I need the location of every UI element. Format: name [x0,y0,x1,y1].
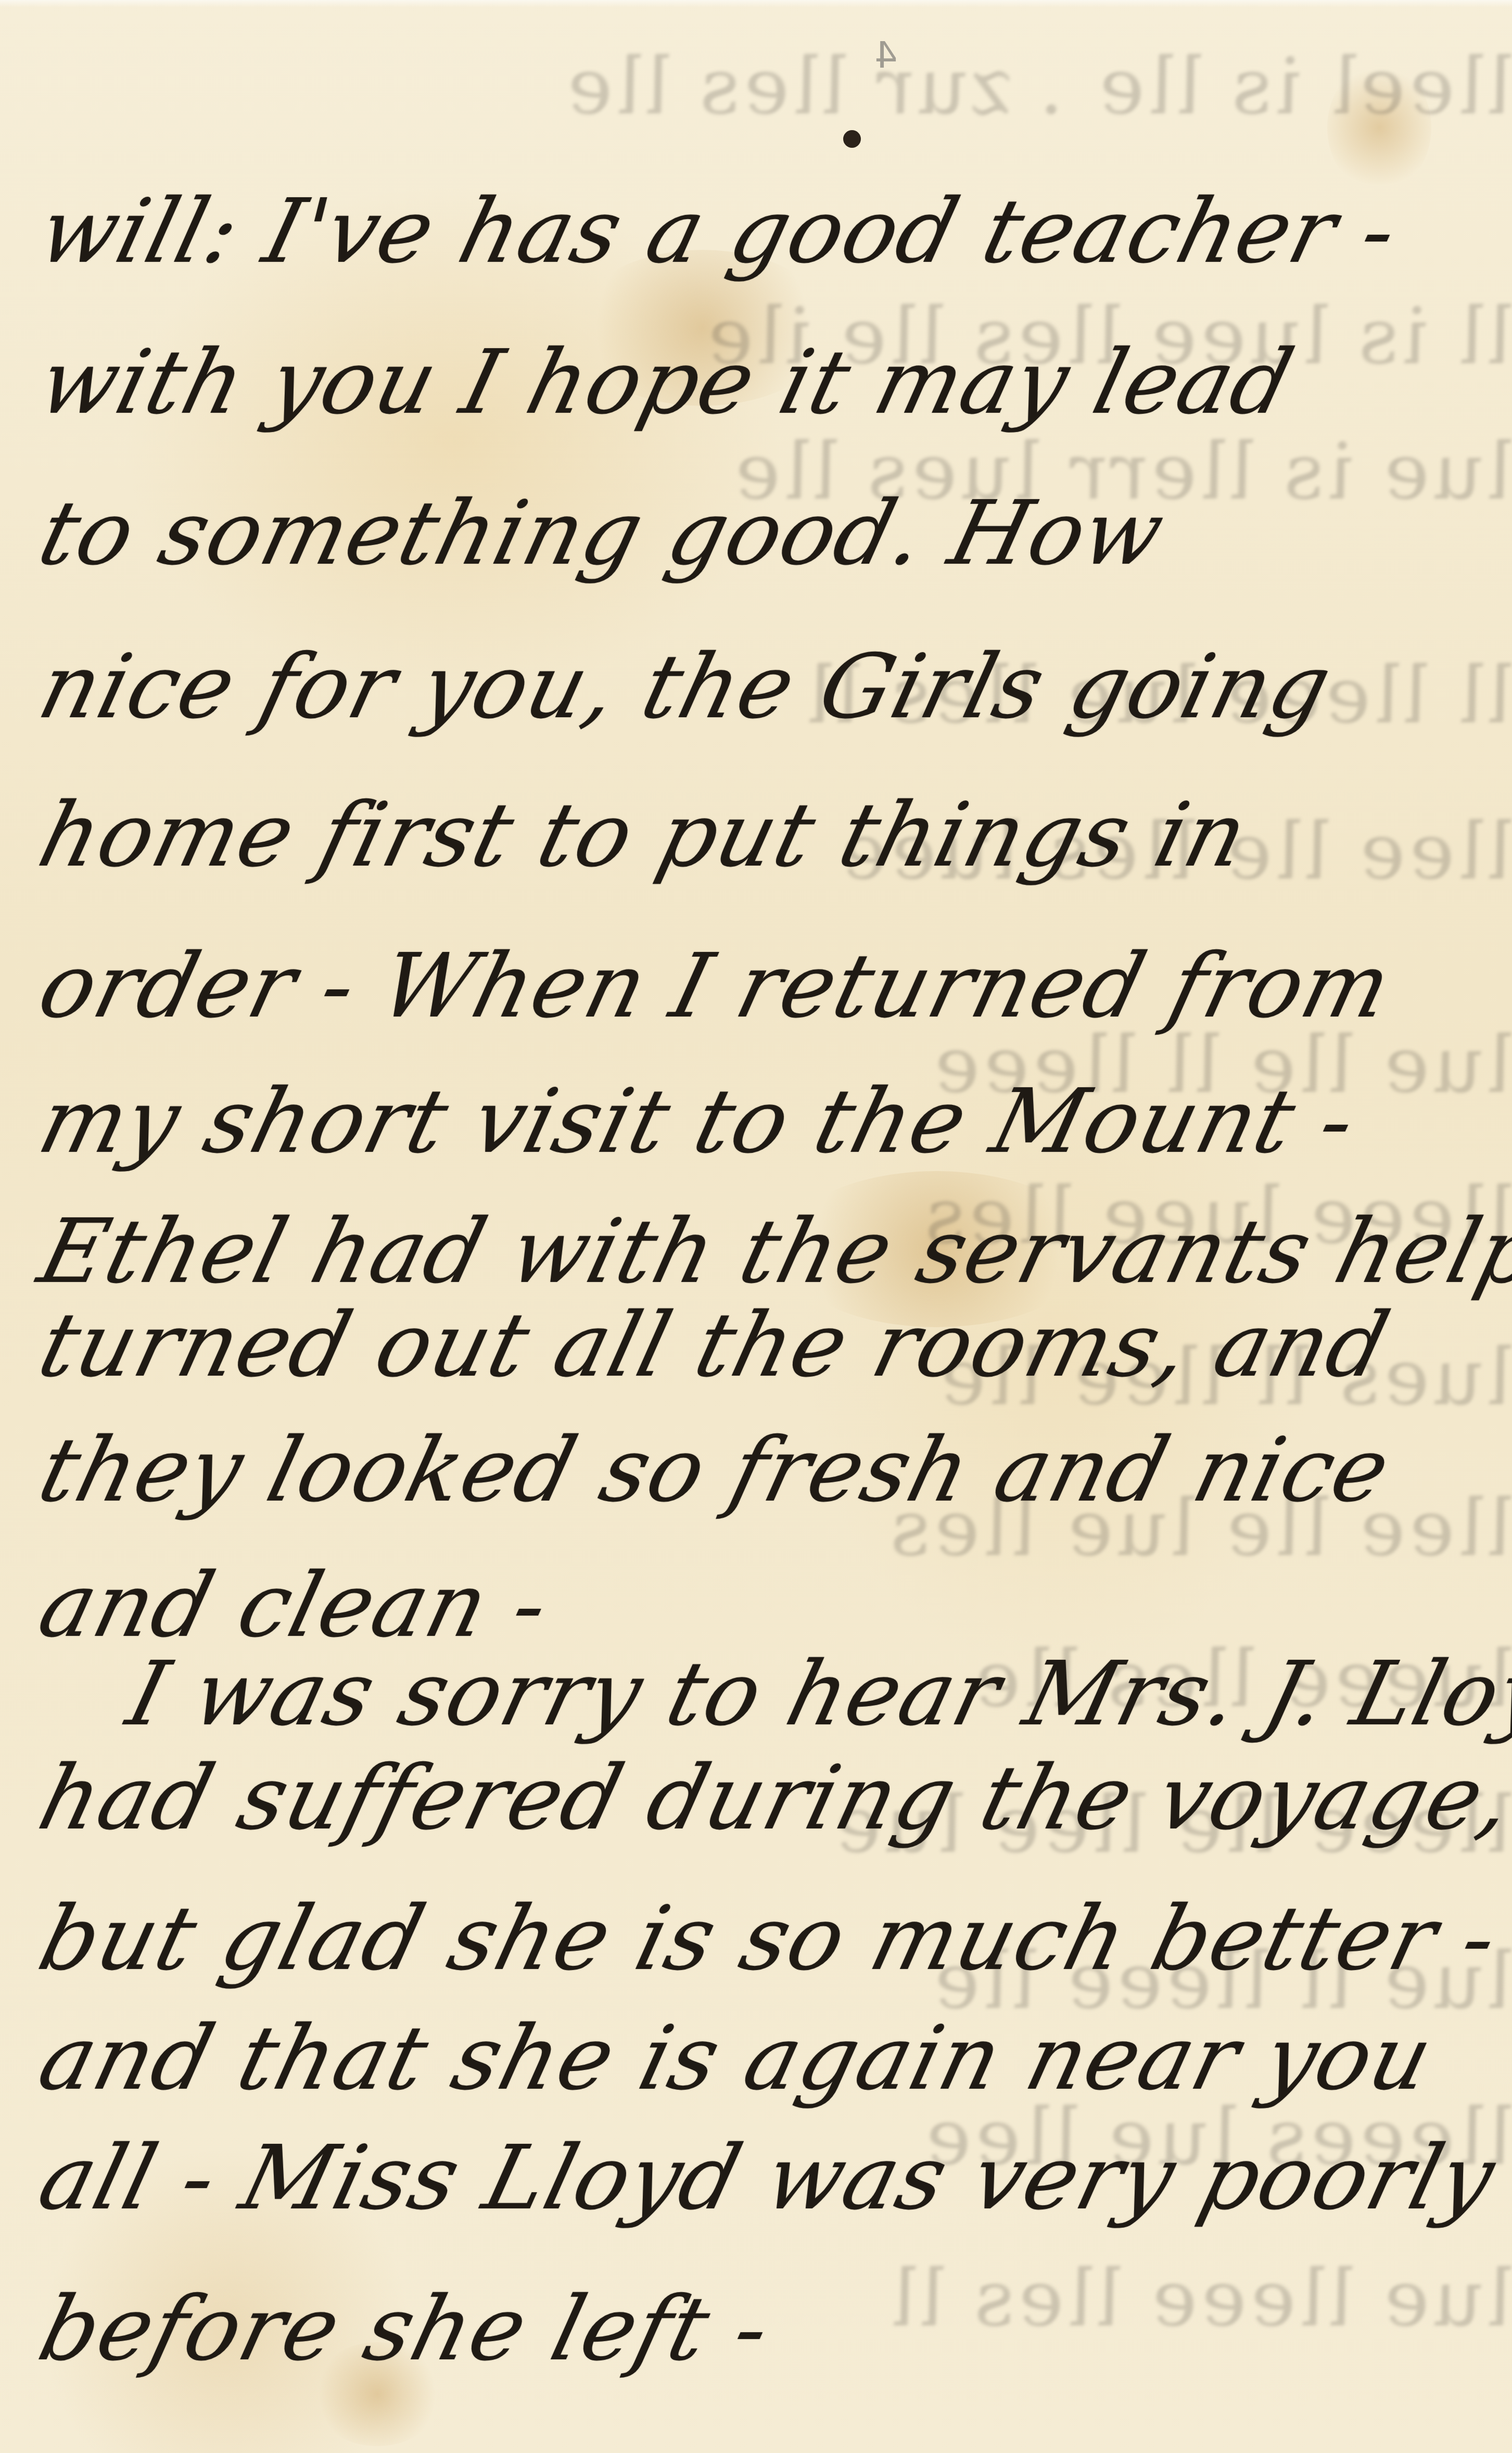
letter-line-9: turned out all the rooms, and [31,1301,1397,1390]
paper-top-edge [0,0,1512,7]
letter-line-7: my short visit to the Mount - [31,1077,1364,1166]
ink-dot [843,130,861,148]
letter-line-10: they looked so fresh and nice [31,1426,1399,1515]
letter-line-13: had suffered during the voyage, [31,1754,1512,1842]
letter-line-14: but glad she is so much better - [31,1895,1506,1983]
letter-line-6: order - When I returned from [31,942,1400,1031]
letter-line-4: nice for you, the Girls going [31,643,1340,731]
letter-line-15: and that she is again near you [31,2014,1441,2103]
letter-line-11: and clean - [31,1561,557,1650]
letter-line-12: I was sorry to hear Mrs. J. Lloyd [120,1650,1512,1738]
letter-line-5: home first to put things in [31,791,1256,880]
letter-line-1: will: I've has a good teacher - [31,187,1406,276]
letter-line-16: all - Miss Lloyd was very poorly [31,2134,1504,2222]
bleed-through-line: lleel is lle . zur lles lle [0,42,1512,132]
letter-line-17: before she left - [31,2285,779,2373]
letter-line-3: to something good. How [31,489,1173,578]
letter-line-8: Ethel had with the servants help, [31,1208,1512,1296]
letter-line-2: with you I hope it may lead [31,338,1302,427]
